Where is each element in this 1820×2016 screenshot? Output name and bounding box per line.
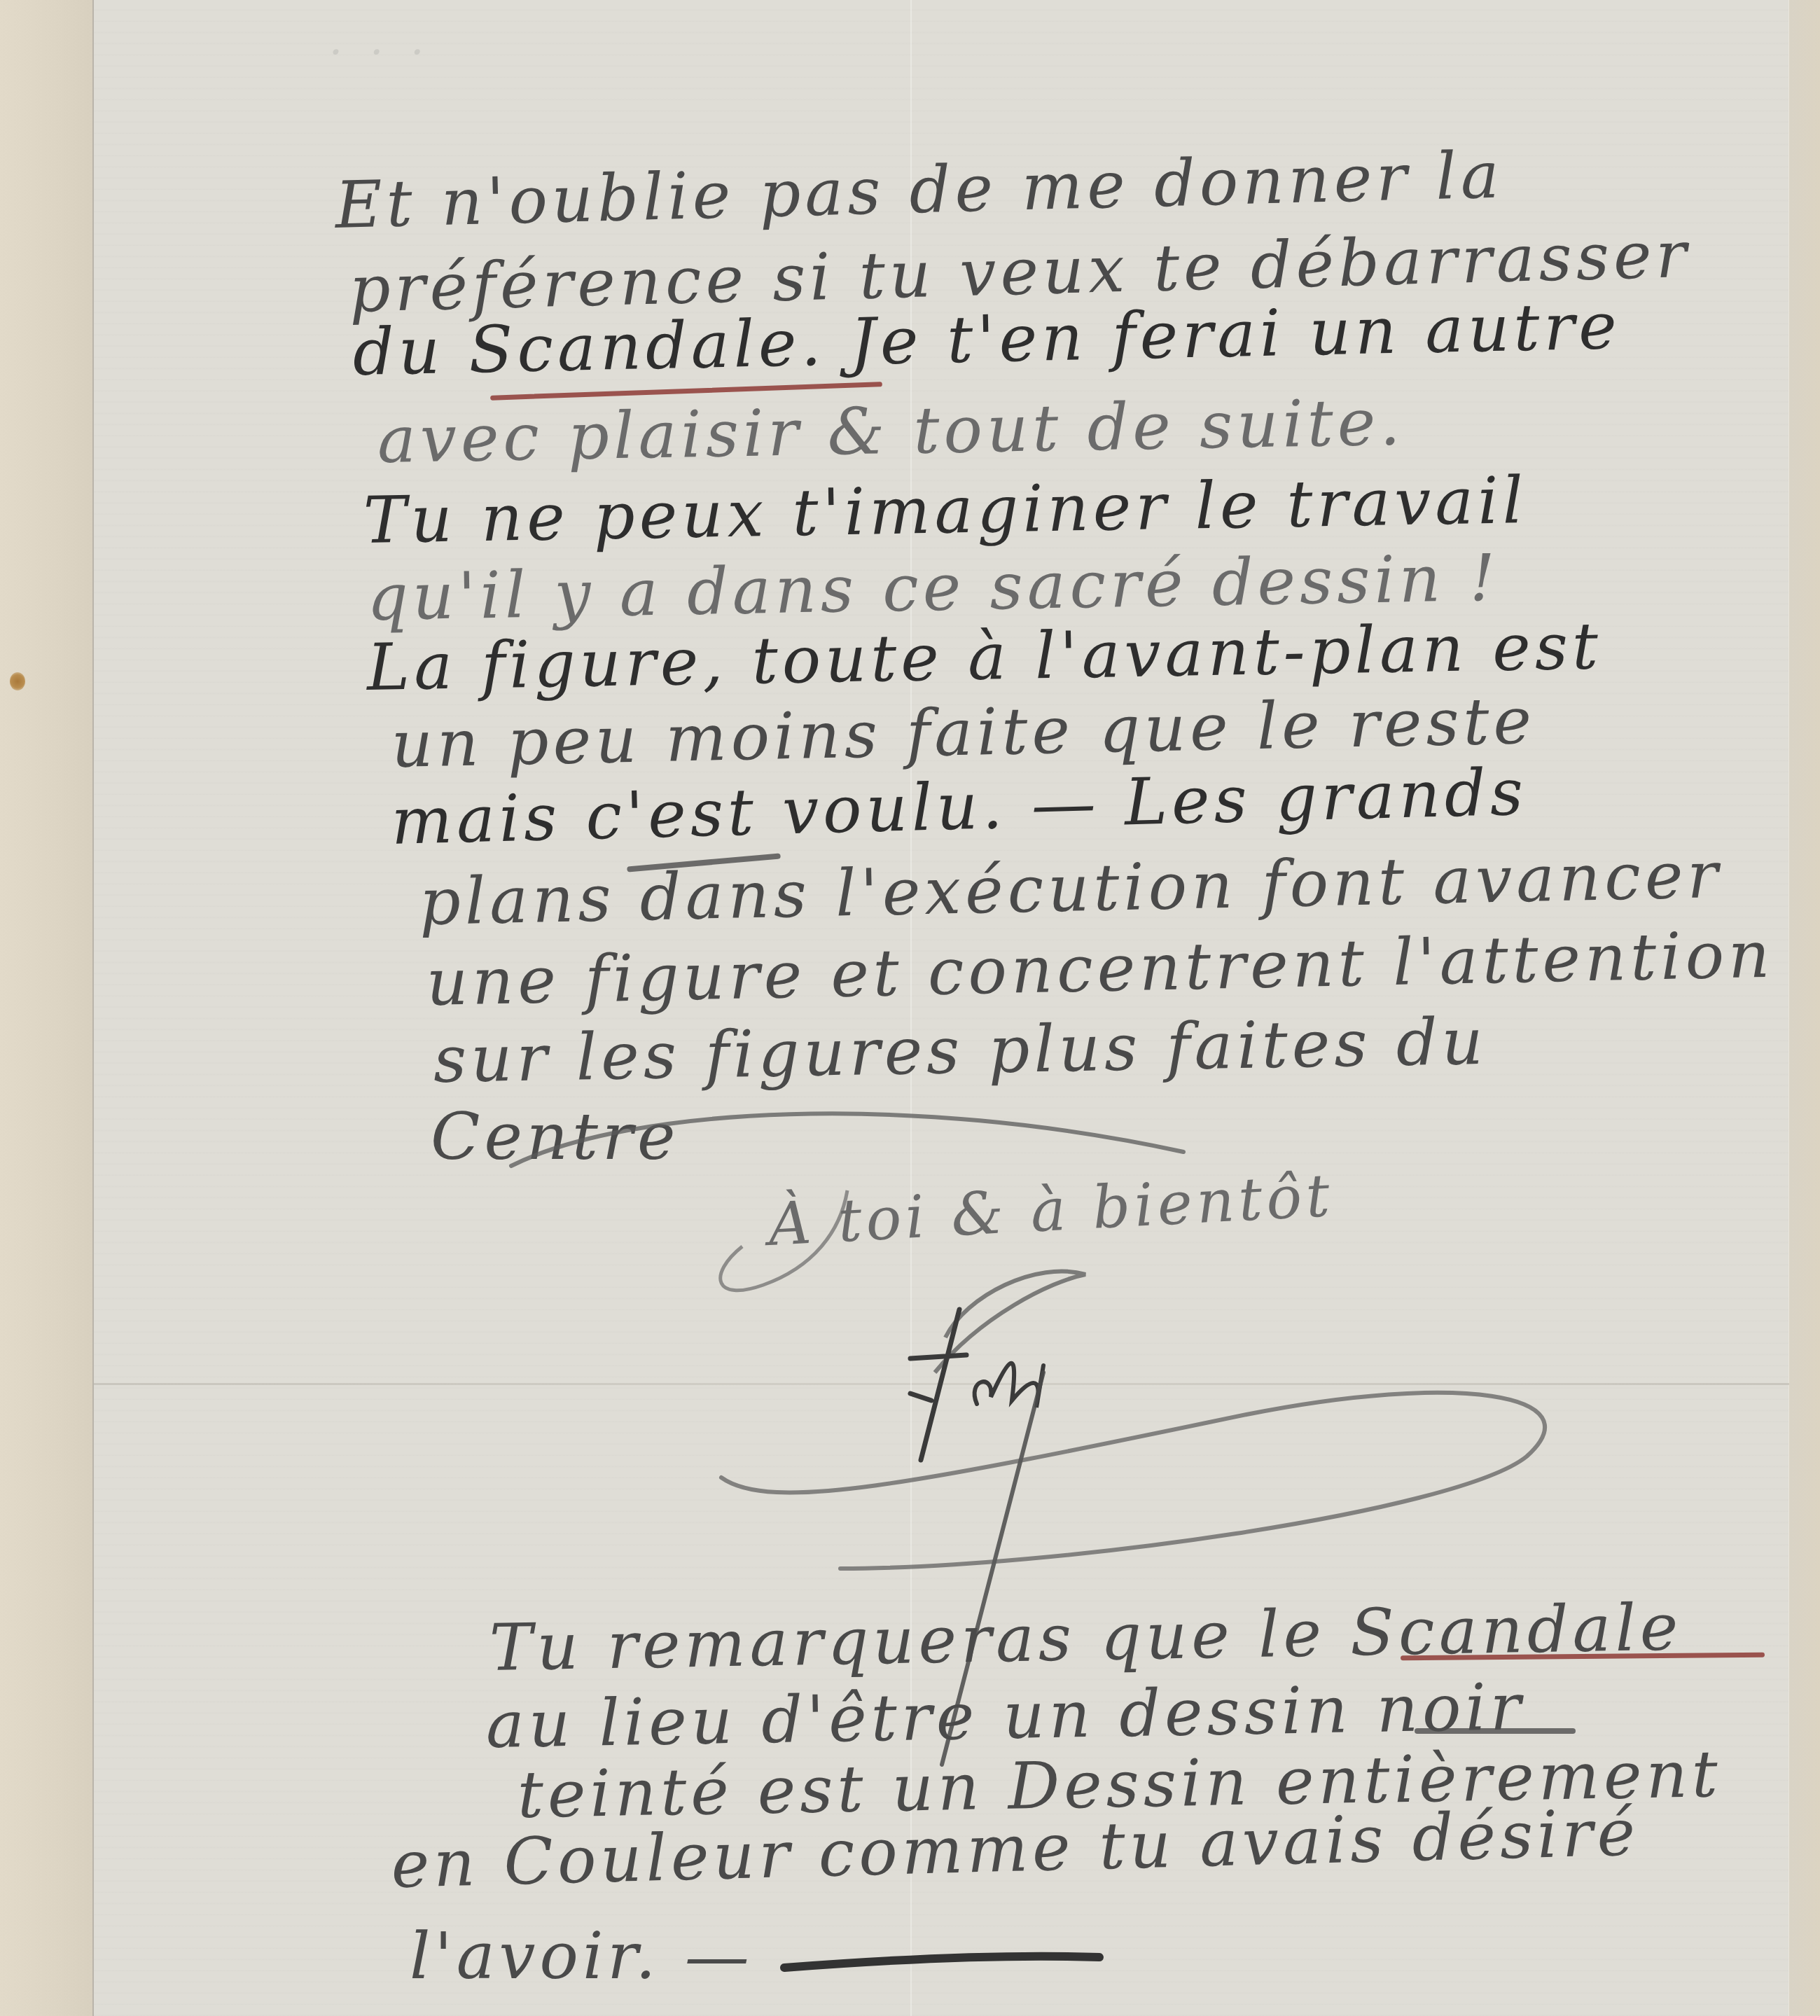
left-mount-strip — [0, 0, 94, 2016]
letter-line: Centre — [431, 1099, 679, 1174]
letter-sheet: · · · Et n'oublie pas de me donner la pr… — [0, 0, 1820, 2016]
foxing-stain — [10, 672, 25, 690]
postscript-line: l'avoir. — — [410, 1919, 753, 1994]
signature: Féli — [924, 1383, 925, 1384]
underline-noir — [1415, 1728, 1576, 1734]
faint-offset-text: · · · — [329, 28, 431, 77]
right-mount-strip — [1788, 0, 1820, 2016]
horizontal-fold-line — [94, 1383, 1789, 1385]
